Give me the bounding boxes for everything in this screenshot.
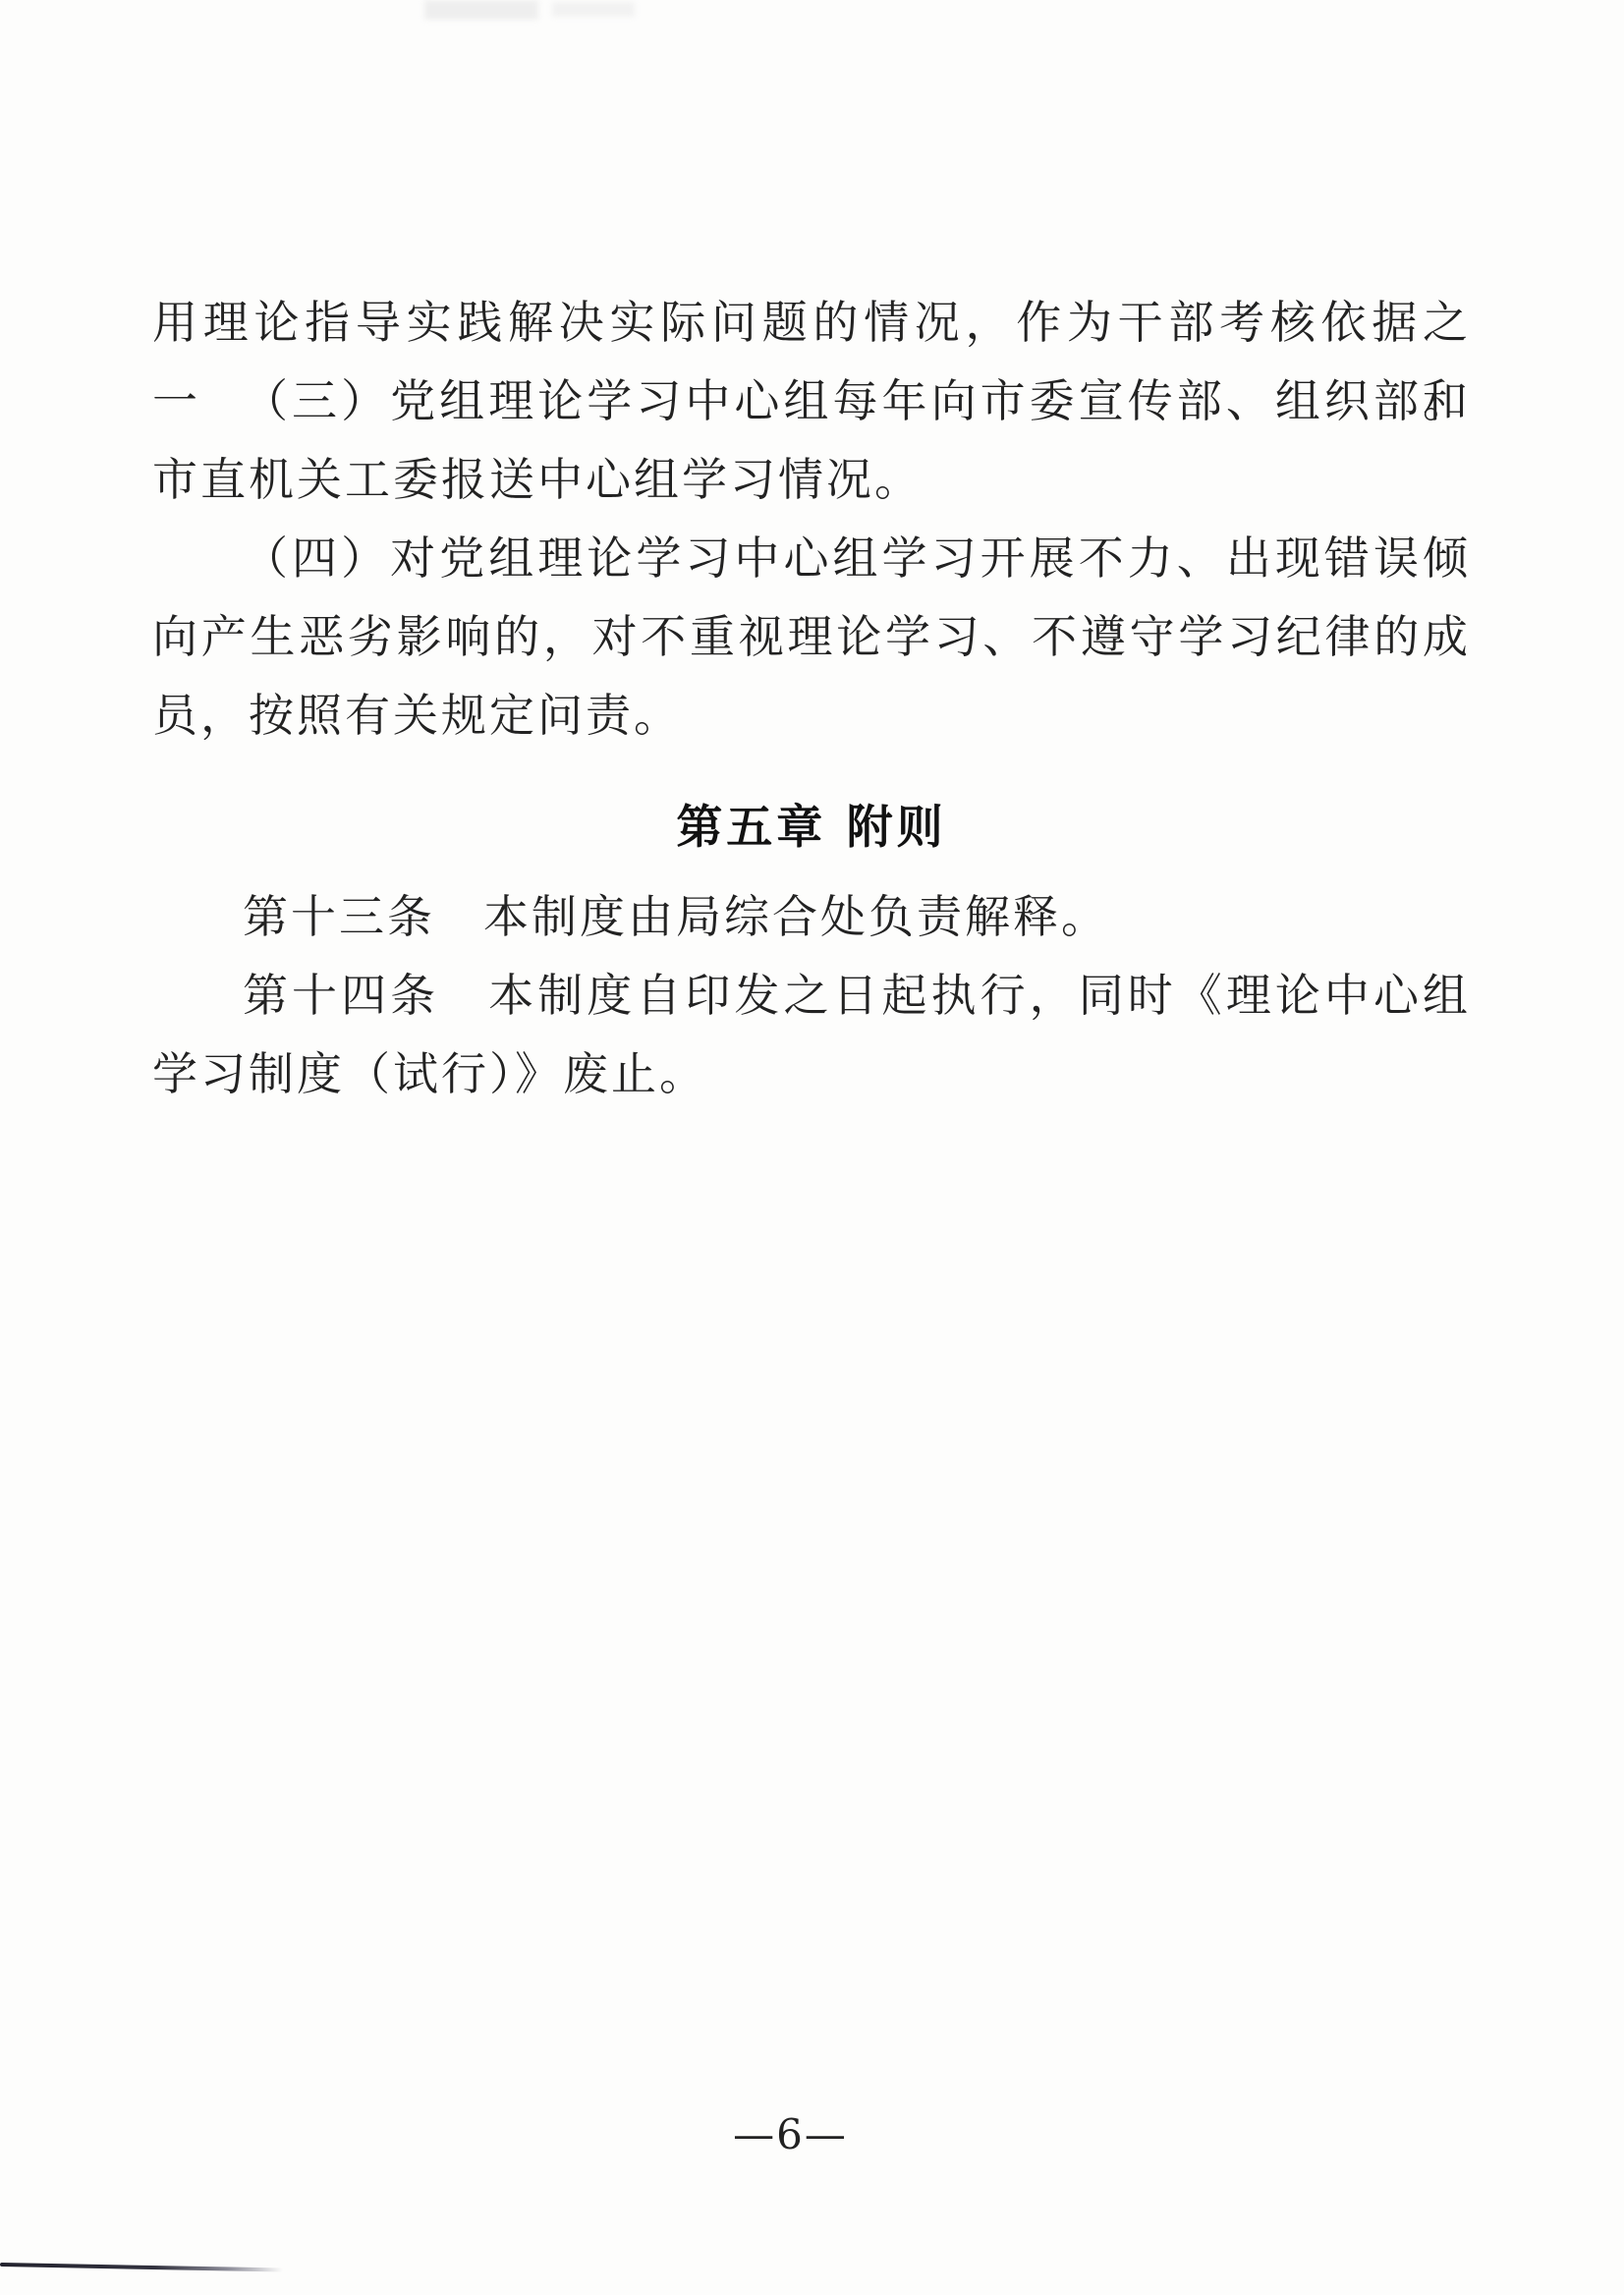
text-block: 用理论指导实践解决实际问题的情况，作为干部考核依据之一。（三）党组理论学习中心组… xyxy=(152,283,1471,1113)
text-line: 员，按照有关规定问责。 xyxy=(152,676,1471,755)
page-number: —6— xyxy=(0,2110,1602,2158)
scan-artifact-smudge xyxy=(552,2,635,17)
scan-artifact-smudge xyxy=(424,0,538,20)
text-line: 第十三条 本制度由局综合处负责解释。 xyxy=(152,877,1471,956)
text-line: 学习制度（试行）》废止。 xyxy=(152,1035,1471,1113)
document-page: 用理论指导实践解决实际问题的情况，作为干部考核依据之一。（三）党组理论学习中心组… xyxy=(0,0,1624,2295)
text-line: 市直机关工委报送中心组学习情况。 xyxy=(152,440,1471,519)
chapter-heading: 第五章 附则 xyxy=(152,789,1471,868)
scan-artifact-line xyxy=(0,2263,283,2272)
text-line: 用理论指导实践解决实际问题的情况，作为干部考核依据之一。 xyxy=(152,283,1471,362)
text-line: 第十四条 本制度自印发之日起执行，同时《理论中心组 xyxy=(152,956,1471,1035)
text-line: （四）对党组理论学习中心组学习开展不力、出现错误倾 xyxy=(152,519,1471,597)
text-line: 向产生恶劣影响的，对不重视理论学习、不遵守学习纪律的成 xyxy=(152,597,1471,676)
text-line: （三）党组理论学习中心组每年向市委宣传部、组织部和 xyxy=(152,362,1471,440)
